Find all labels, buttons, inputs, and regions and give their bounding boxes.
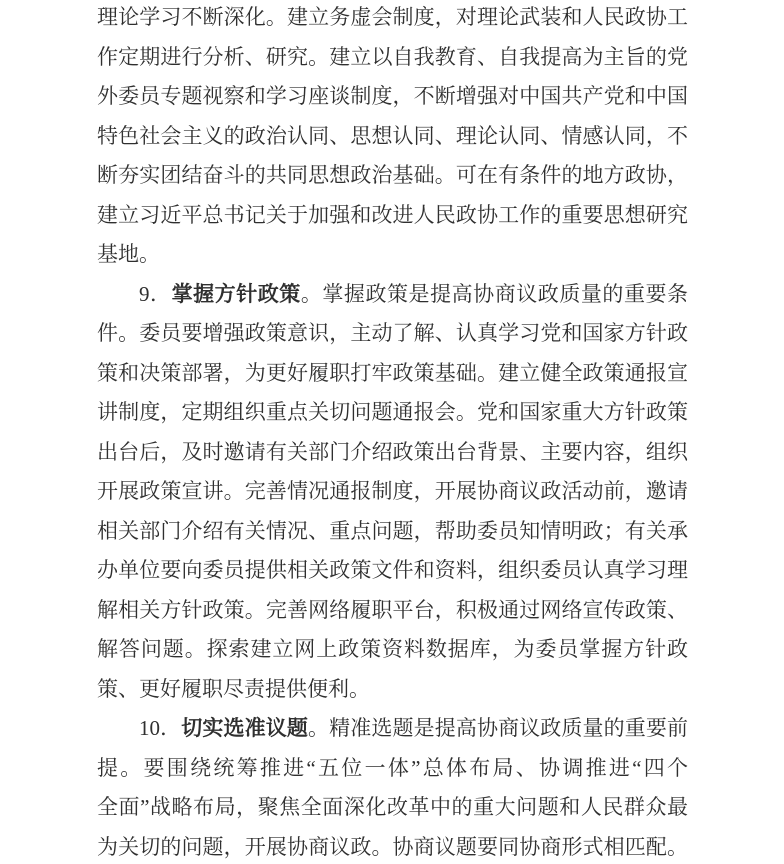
text-line: 作定期进行分析、研究。建立以自我教育、自我提高为主旨的党 bbox=[97, 38, 688, 78]
text-run: 基地。 bbox=[97, 242, 160, 266]
text-run: 开展政策宣讲。完善情况通报制度，开展协商议政活动前，邀请 bbox=[97, 479, 688, 503]
text-run: 出台后，及时邀请有关部门介绍政策出台背景、主要内容，组织 bbox=[97, 440, 688, 464]
text-run: 解相关方针政策。完善网络履职平台，积极通过网络宣传政策、 bbox=[97, 598, 688, 622]
text-run: 10． bbox=[139, 716, 181, 740]
text-line: 9．掌握方针政策。掌握政策是提高协商议政质量的重要条 bbox=[97, 275, 688, 315]
text-line: 理论学习不断深化。建立务虚会制度，对理论武装和人民政协工 bbox=[97, 0, 688, 38]
text-run: 外委员专题视察和学习座谈制度，不断增强对中国共产党和中国 bbox=[97, 84, 688, 108]
text-line: 开展政策宣讲。完善情况通报制度，开展协商议政活动前，邀请 bbox=[97, 472, 688, 512]
document-page: 理论学习不断深化。建立务虚会制度，对理论武装和人民政协工作定期进行分析、研究。建… bbox=[97, 0, 688, 864]
text-run: 全面”战略布局，聚焦全面深化改革中的重大问题和人民群众最 bbox=[97, 795, 688, 819]
text-run: 理论学习不断深化。建立务虚会制度，对理论武装和人民政协工 bbox=[97, 5, 688, 29]
text-run: 。精准选题是提高协商议政质量的重要前 bbox=[308, 716, 688, 740]
text-run: 件。委员要增强政策意识，主动了解、认真学习党和国家方针政 bbox=[97, 321, 688, 345]
text-run: 策和决策部署，为更好履职打牢政策基础。建立健全政策通报宣 bbox=[97, 361, 688, 385]
text-line: 策、更好履职尽责提供便利。 bbox=[97, 670, 688, 710]
text-run: 作定期进行分析、研究。建立以自我教育、自我提高为主旨的党 bbox=[97, 45, 688, 69]
text-line: 特色社会主义的政治认同、思想认同、理论认同、情感认同，不 bbox=[97, 117, 688, 157]
text-line: 全面”战略布局，聚焦全面深化改革中的重大问题和人民群众最 bbox=[97, 788, 688, 828]
text-run: 解答问题。探索建立网上政策资料数据库，为委员掌握方针政 bbox=[97, 637, 688, 661]
text-run: 办单位要向委员提供相关政策文件和资料，组织委员认真学习理 bbox=[97, 558, 688, 582]
text-line: 策和决策部署，为更好履职打牢政策基础。建立健全政策通报宣 bbox=[97, 354, 688, 394]
text-line: 相关部门介绍有关情况、重点问题，帮助委员知情明政；有关承 bbox=[97, 512, 688, 552]
text-run: 相关部门介绍有关情况、重点问题，帮助委员知情明政；有关承 bbox=[97, 519, 688, 543]
text-run: 断夯实团结奋斗的共同思想政治基础。可在有条件的地方政协， bbox=[97, 163, 688, 187]
text-line: 基地。 bbox=[97, 235, 688, 275]
text-run: 为关切的问题，开展协商议政。协商议题要同协商形式相匹配。 bbox=[97, 835, 688, 859]
text-line: 解答问题。探索建立网上政策资料数据库，为委员掌握方针政 bbox=[97, 630, 688, 670]
text-run: 9． bbox=[139, 282, 172, 306]
text-line: 建立习近平总书记关于加强和改进人民政协工作的重要思想研究 bbox=[97, 196, 688, 236]
text-line: 10．切实选准议题。精准选题是提高协商议政质量的重要前 bbox=[97, 709, 688, 749]
text-line: 件。委员要增强政策意识，主动了解、认真学习党和国家方针政 bbox=[97, 314, 688, 354]
text-run: 策、更好履职尽责提供便利。 bbox=[97, 677, 370, 701]
text-run: 提。要围绕统筹推进“五位一体”总体布局、协调推进“四个 bbox=[97, 756, 688, 780]
text-line: 解相关方针政策。完善网络履职平台，积极通过网络宣传政策、 bbox=[97, 591, 688, 631]
text-line: 外委员专题视察和学习座谈制度，不断增强对中国共产党和中国 bbox=[97, 77, 688, 117]
text-line: 为关切的问题，开展协商议政。协商议题要同协商形式相匹配。 bbox=[97, 828, 688, 864]
text-line: 出台后，及时邀请有关部门介绍政策出台背景、主要内容，组织 bbox=[97, 433, 688, 473]
bold-heading-run: 切实选准议题 bbox=[181, 716, 308, 740]
text-line: 办单位要向委员提供相关政策文件和资料，组织委员认真学习理 bbox=[97, 551, 688, 591]
text-line: 提。要围绕统筹推进“五位一体”总体布局、协调推进“四个 bbox=[97, 749, 688, 789]
text-run: 讲制度，定期组织重点关切问题通报会。党和国家重大方针政策 bbox=[97, 400, 688, 424]
text-run: 建立习近平总书记关于加强和改进人民政协工作的重要思想研究 bbox=[97, 203, 688, 227]
text-run: 。掌握政策是提高协商议政质量的重要条 bbox=[301, 282, 688, 306]
bold-heading-run: 掌握方针政策 bbox=[172, 282, 301, 306]
text-run: 特色社会主义的政治认同、思想认同、理论认同、情感认同，不 bbox=[97, 124, 688, 148]
text-line: 讲制度，定期组织重点关切问题通报会。党和国家重大方针政策 bbox=[97, 393, 688, 433]
text-line: 断夯实团结奋斗的共同思想政治基础。可在有条件的地方政协， bbox=[97, 156, 688, 196]
